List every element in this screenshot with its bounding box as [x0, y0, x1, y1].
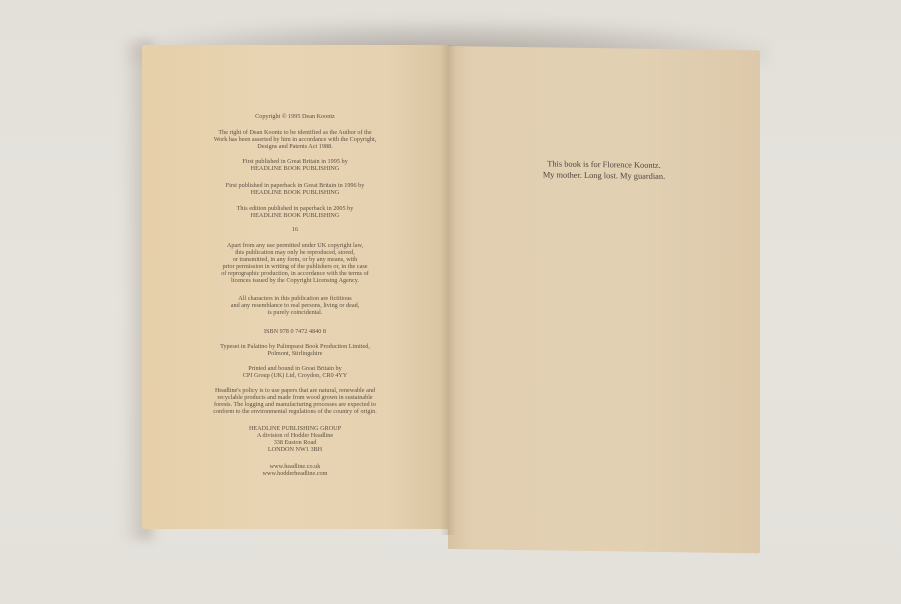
publisher-name: HEADLINE BOOK PUBLISHING — [142, 212, 448, 219]
rights-line: or transmitted, in any form, or by any m… — [142, 256, 448, 263]
book-gutter — [440, 45, 456, 535]
rights-line: licences issued by the Copyright Licensi… — [142, 277, 448, 284]
print-number-value: 16 — [142, 226, 448, 233]
policy-line: recyclable products and made from wood g… — [142, 394, 448, 401]
typeset-line: Typeset in Palatino by Palimpsest Book P… — [142, 343, 448, 350]
isbn: ISBN 978 0 7472 4840 8 — [142, 328, 448, 335]
printed-paragraph: Printed and bound in Great Britain by CP… — [142, 365, 448, 379]
copyright-line: Copyright © 1995 Dean Koontz — [142, 113, 448, 120]
address-line: 338 Euston Road — [142, 439, 448, 446]
publisher-address: HEADLINE PUBLISHING GROUP A division of … — [142, 425, 448, 453]
first-published-paragraph: First published in Great Britain in 1995… — [142, 158, 448, 172]
rights-line: prior permission in writing of the publi… — [142, 263, 448, 270]
website-link: www.headline.co.uk — [142, 463, 448, 470]
isbn-value: ISBN 978 0 7472 4840 8 — [142, 328, 448, 335]
this-edition-line: This edition published in paperback in 2… — [142, 205, 448, 212]
websites: www.headline.co.uk www.hodderheadline.co… — [142, 463, 448, 477]
moral-rights-line: Designs and Patents Act 1988. — [142, 143, 448, 150]
fiction-line: and any resemblance to real persons, liv… — [142, 302, 448, 309]
address-line: HEADLINE PUBLISHING GROUP — [142, 425, 448, 432]
publisher-name: HEADLINE BOOK PUBLISHING — [142, 189, 448, 196]
moral-rights-line: Work has been asserted by him in accorda… — [142, 136, 448, 143]
rights-notice-paragraph: Apart from any use permitted under UK co… — [142, 242, 448, 285]
publisher-name: HEADLINE BOOK PUBLISHING — [142, 165, 448, 172]
rights-line: of reprographic production, in accordanc… — [142, 270, 448, 277]
policy-line: conform to the environmental regulations… — [142, 408, 448, 415]
moral-rights-paragraph: The right of Dean Koontz to be identifie… — [142, 129, 448, 150]
print-number: 16 — [142, 226, 448, 233]
copyright-text-block: Copyright © 1995 Dean Koontz The right o… — [142, 45, 448, 529]
first-paperback-paragraph: First published in paperback in Great Br… — [142, 182, 448, 196]
rights-line: Apart from any use permitted under UK co… — [142, 242, 448, 249]
paper-policy-paragraph: Headline's policy is to use papers that … — [142, 387, 448, 415]
address-line: LONDON NW1 3BH — [142, 446, 448, 453]
moral-rights-line: The right of Dean Koontz to be identifie… — [142, 129, 448, 136]
typeset-line: Polmont, Stirlingshire — [142, 350, 448, 357]
dedication-page: This book is for Florence Koontz. My mot… — [448, 46, 760, 553]
address-line: A division of Hodder Headline — [142, 432, 448, 439]
typeset-paragraph: Typeset in Palatino by Palimpsest Book P… — [142, 343, 448, 357]
printed-line: Printed and bound in Great Britain by — [142, 365, 448, 372]
dedication-text: This book is for Florence Koontz. My mot… — [448, 158, 760, 183]
fiction-line: is purely coincidental. — [142, 309, 448, 316]
copyright-page: Copyright © 1995 Dean Koontz The right o… — [142, 45, 448, 529]
printed-line: CPI Group (UK) Ltd, Croydon, CR0 4YY — [142, 372, 448, 379]
first-paperback-line: First published in paperback in Great Br… — [142, 182, 448, 189]
policy-line: Headline's policy is to use papers that … — [142, 387, 448, 394]
rights-line: this publication may only be reproduced,… — [142, 249, 448, 256]
fiction-line: All characters in this publication are f… — [142, 295, 448, 302]
website-link: www.hodderheadline.com — [142, 470, 448, 477]
policy-line: forests. The logging and manufacturing p… — [142, 401, 448, 408]
first-published-line: First published in Great Britain in 1995… — [142, 158, 448, 165]
this-edition-paragraph: This edition published in paperback in 2… — [142, 205, 448, 219]
copyright-notice: Copyright © 1995 Dean Koontz — [142, 113, 448, 120]
fiction-notice-paragraph: All characters in this publication are f… — [142, 295, 448, 316]
